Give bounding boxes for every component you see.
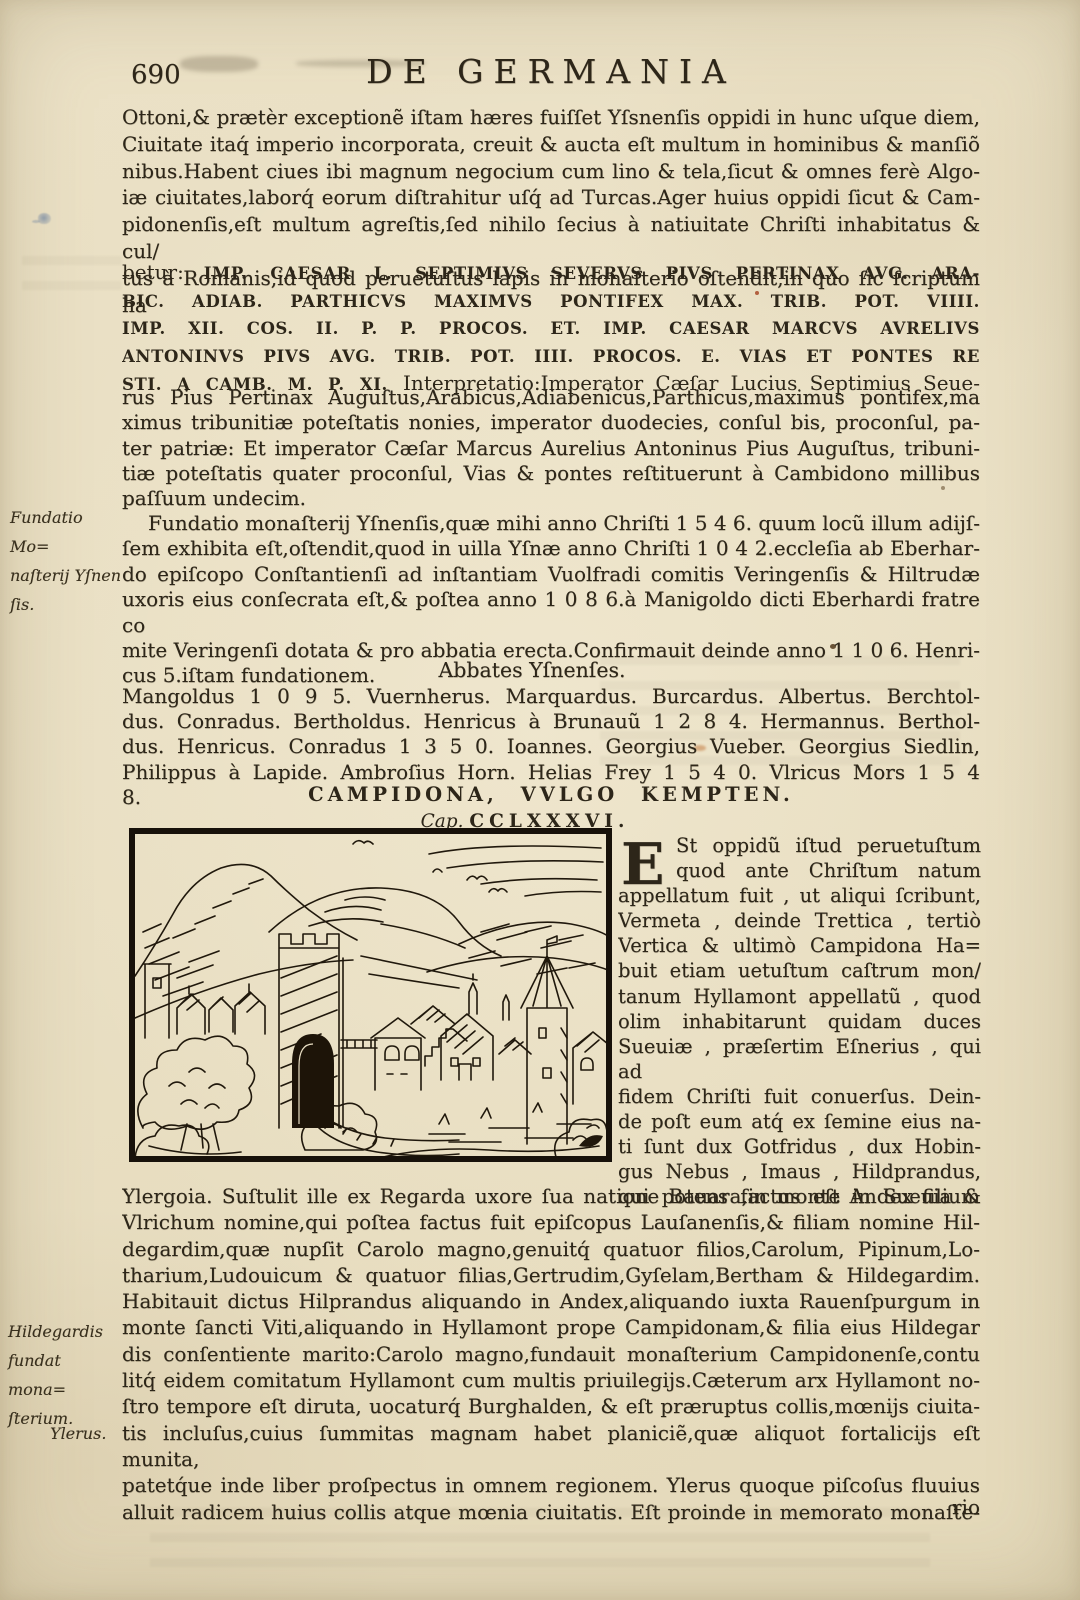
margin-note-line: ſis. [10, 590, 122, 619]
abbates-heading: Abbates Yſnenſes. [122, 657, 942, 684]
woodcut-frame [132, 831, 609, 1159]
text-line: olim inhabitarunt quidam duces [618, 1009, 981, 1034]
margin-note-line: Hildegardis [8, 1317, 122, 1346]
bottom-paragraph: Ylergoia. Suſtulit ille ex Regarda uxore… [122, 1183, 980, 1525]
margin-note-line: fundat mona= [8, 1346, 122, 1404]
text-line: Habitauit dictus Hilprandus aliquando in… [122, 1288, 980, 1314]
text-line: dis conſentiente marito:Carolo magno,fun… [122, 1341, 980, 1367]
text-line: Ylergoia. Suſtulit ille ex Regarda uxore… [122, 1183, 980, 1209]
ink-blot [38, 213, 51, 224]
inscription-intro: betur: [122, 260, 204, 284]
text-line: Ciuitate itaq́ imperio incorporata, creu… [122, 131, 980, 158]
text-line: fidem Chriſti fuit conuerſus. Dein- [618, 1084, 981, 1109]
inscription-line: betur: IMP. CAESAR L. SEPTIMIVS SEVERVS … [122, 259, 980, 288]
text-line: quod ante Chriſtum natum [618, 858, 981, 883]
text-line: ximus tribunitiæ poteſtatis nonies, impe… [122, 410, 980, 435]
woodcut-town-view [129, 828, 612, 1162]
text-line: Vermeta , deinde Trettica , tertiò [618, 908, 981, 933]
show-through [22, 248, 122, 292]
text-line: ſem exhibita eſt,oſtendit,quod in uilla … [122, 536, 980, 561]
text-line: pidonenſis,eſt multum agreſtis,ſed nihil… [122, 211, 980, 265]
text-line: appellatum fuit , ut aliqui ſcribunt, [618, 883, 981, 908]
text-line: dus. Conradus. Bertholdus. Henricus à Br… [122, 709, 980, 734]
text-line: Vertica & ultimò Campidona Ha= [618, 933, 981, 958]
text-line: rus Pius Pertinax Auguſtus,Arabicus,Adia… [122, 385, 980, 410]
margin-note-fundatio: Fundatio Mo= naſterij Yſnen ſis. [10, 503, 122, 619]
text-line: Mangoldus 1 0 9 5. Vuernherus. Marquardu… [122, 684, 980, 709]
text-line: nibus.Habent ciues ibi magnum negocium c… [122, 158, 980, 185]
inscription-caps: BIC. ADIAB. PARTHICVS MAXIMVS PONTIFEX M… [122, 292, 980, 311]
text-line: paſſuum undecim. [122, 486, 980, 511]
text-line: St oppidũ iſtud peruetuſtum [618, 833, 981, 858]
text-line: de poſt eum atq́ ex ſemine eius na- [618, 1109, 981, 1134]
text-line: degardim,quæ nupſit Carolo magno,genuitq… [122, 1236, 980, 1262]
text-line: do epiſcopo Conſtantienſi ad inſtantiam … [122, 562, 980, 587]
page-title: DE GERMANIA [122, 52, 980, 91]
interpretatio-paragraph: rus Pius Pertinax Auguſtus,Arabicus,Adia… [122, 385, 980, 511]
text-line: buit etiam uetuſtum caſtrum mon/ [618, 958, 981, 983]
text-line: Vlrichum nomine,qui poſtea factus fuit e… [122, 1209, 980, 1235]
inscription-line: BIC. ADIAB. PARTHICVS MAXIMVS PONTIFEX M… [122, 288, 980, 316]
inscription-line: IMP. XII. COS. II. P. P. PROCOS. ET. IMP… [122, 315, 980, 343]
text-line: tharium,Ludouicum & quatuor filias,Gertr… [122, 1262, 980, 1288]
chapter-text-column: St oppidũ iſtud peruetuſtum quod ante Ch… [618, 833, 981, 1209]
margin-note-line: naſterij Yſnen [10, 561, 122, 590]
text-line: tiæ poteſtatis quater proconſul, Vias & … [122, 461, 980, 486]
text-line: iæ ciuitates,laborq́ eorum diſtrahitur u… [122, 184, 980, 211]
text-line: Ottoni,& prætèr exceptionẽ iſtam hæres f… [122, 104, 980, 131]
gate-arch [292, 1034, 334, 1128]
text-line: ſtro tempore eſt diruta, uocaturq́ Burgh… [122, 1393, 980, 1419]
woodcut-svg [129, 828, 612, 1162]
margin-note-line: Fundatio Mo= [10, 503, 122, 561]
text-line: uxoris eius conſecrata eſt,& poſtea anno… [122, 587, 980, 638]
text-line: dus. Henricus. Conradus 1 3 5 0. Ioannes… [122, 734, 980, 759]
text-line: tanum Hyllamont appellatũ , quod [618, 984, 981, 1009]
text-line: monte ſancti Viti,aliquando in Hyllamont… [122, 1314, 980, 1340]
chapter-title: CAMPIDONA, VVLGO KEMPTEN. [122, 783, 980, 806]
inscription-caps: ANTONINVS PIVS AVG. TRIB. POT. IIII. PRO… [122, 347, 980, 366]
text-line: litq́ eidem comitatum Hyllamont cum mult… [122, 1367, 980, 1393]
inscription-caps: IMP. XII. COS. II. P. P. PROCOS. ET. IMP… [122, 319, 980, 338]
text-line: ti ſunt dux Gotfridus , dux Hobin- [618, 1134, 981, 1159]
text-line: Sueuiæ , præſertim Eſnerius , qui ad [618, 1034, 981, 1084]
inscription-line: ANTONINVS PIVS AVG. TRIB. POT. IIII. PRO… [122, 343, 980, 371]
roman-inscription: betur: IMP. CAESAR L. SEPTIMIVS SEVERVS … [122, 259, 980, 399]
catchword: rio [122, 1494, 1000, 1521]
text-line: gus Nebus , Imaus , Hildprandus, [618, 1159, 981, 1184]
ink-blot-tail [32, 220, 40, 223]
inscription-caps: IMP. CAESAR L. SEPTIMIVS SEVERVS PIVS PE… [204, 264, 980, 283]
text-line: Fundatio monaſterij Yſnenſis,quæ mihi an… [122, 511, 980, 536]
margin-note-hildegardis: Hildegardis fundat mona= ſterium. [8, 1317, 122, 1433]
text-line: tis incluſus,cuius ſummitas magnam habet… [122, 1420, 980, 1473]
margin-note-ylerus: Ylerus. [50, 1419, 130, 1448]
text-line: ter patriæ: Et imperator Cæſar Marcus Au… [122, 436, 980, 461]
